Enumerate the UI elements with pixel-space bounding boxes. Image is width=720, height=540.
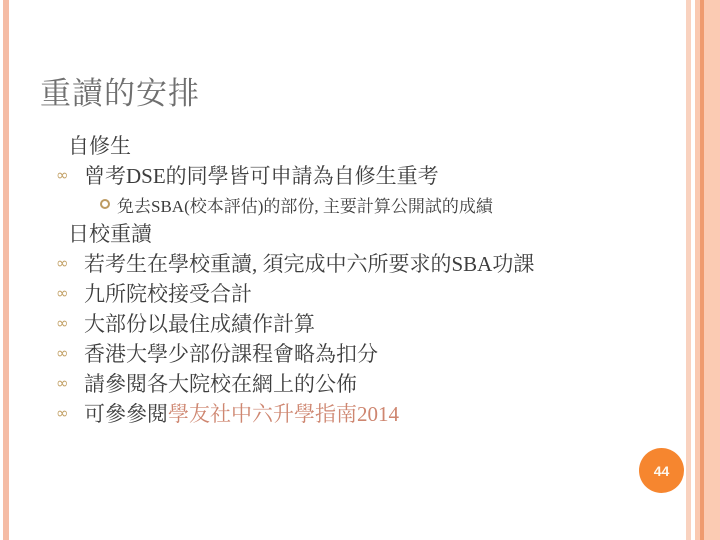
bullet-item: 免去SBA(校本評估)的部份, 主要計算公開試的成績 — [0, 190, 686, 218]
page-number: 44 — [654, 463, 670, 479]
bullet-icon: ∞ — [56, 376, 84, 391]
bullet-text: 九所院校接受合計 — [84, 278, 252, 308]
presentation-slide: 重讀的安排 自修生∞曾考DSE的同學皆可申請為自修生重考免去SBA(校本評估)的… — [0, 0, 720, 540]
bullet-icon: ∞ — [56, 316, 84, 331]
heading-text: 日校重讀 — [68, 218, 152, 248]
bullet-text: 若考生在學校重讀, 須完成中六所要求的SBA功課 — [84, 248, 534, 278]
bullet-text: 免去SBA(校本評估)的部份, 主要計算公開試的成績 — [117, 192, 493, 217]
bullet-item: ∞請參閱各大院校在網上的公佈 — [0, 368, 686, 398]
right-accent-stripe-4 — [704, 0, 720, 540]
heading-text: 自修生 — [68, 130, 131, 160]
bullet-item: ∞可參參閱學友社中六升學指南2014 — [0, 398, 686, 428]
bullet-icon: ∞ — [56, 406, 84, 421]
bullet-icon: ∞ — [56, 168, 84, 183]
bullet-text: 大部份以最住成績作計算 — [84, 308, 315, 338]
section-heading: 日校重讀 — [0, 218, 686, 248]
slide-body: 自修生∞曾考DSE的同學皆可申請為自修生重考免去SBA(校本評估)的部份, 主要… — [0, 130, 686, 428]
bullet-item: ∞九所院校接受合計 — [0, 278, 686, 308]
right-accent-stripe-1 — [686, 0, 691, 540]
bullet-item: ∞大部份以最住成績作計算 — [0, 308, 686, 338]
bullet-text: 香港大學少部份課程會略為扣分 — [84, 338, 378, 368]
bullet-text: 請參閱各大院校在網上的公佈 — [84, 368, 357, 398]
accent-reference-text: 學友社中六升學指南2014 — [168, 398, 399, 428]
bullet-text: 可參參閱 — [84, 398, 168, 428]
bullet-item: ∞香港大學少部份課程會略為扣分 — [0, 338, 686, 368]
sub-bullet-icon — [100, 199, 117, 209]
slide-title: 重讀的安排 — [40, 68, 200, 113]
section-heading: 自修生 — [0, 130, 686, 160]
bullet-icon: ∞ — [56, 286, 84, 301]
bullet-text: 曾考DSE的同學皆可申請為自修生重考 — [84, 160, 439, 190]
bullet-item: ∞若考生在學校重讀, 須完成中六所要求的SBA功課 — [0, 248, 686, 278]
page-number-badge: 44 — [639, 448, 684, 493]
bullet-item: ∞曾考DSE的同學皆可申請為自修生重考 — [0, 160, 686, 190]
bullet-icon: ∞ — [56, 256, 84, 271]
bullet-icon: ∞ — [56, 346, 84, 361]
